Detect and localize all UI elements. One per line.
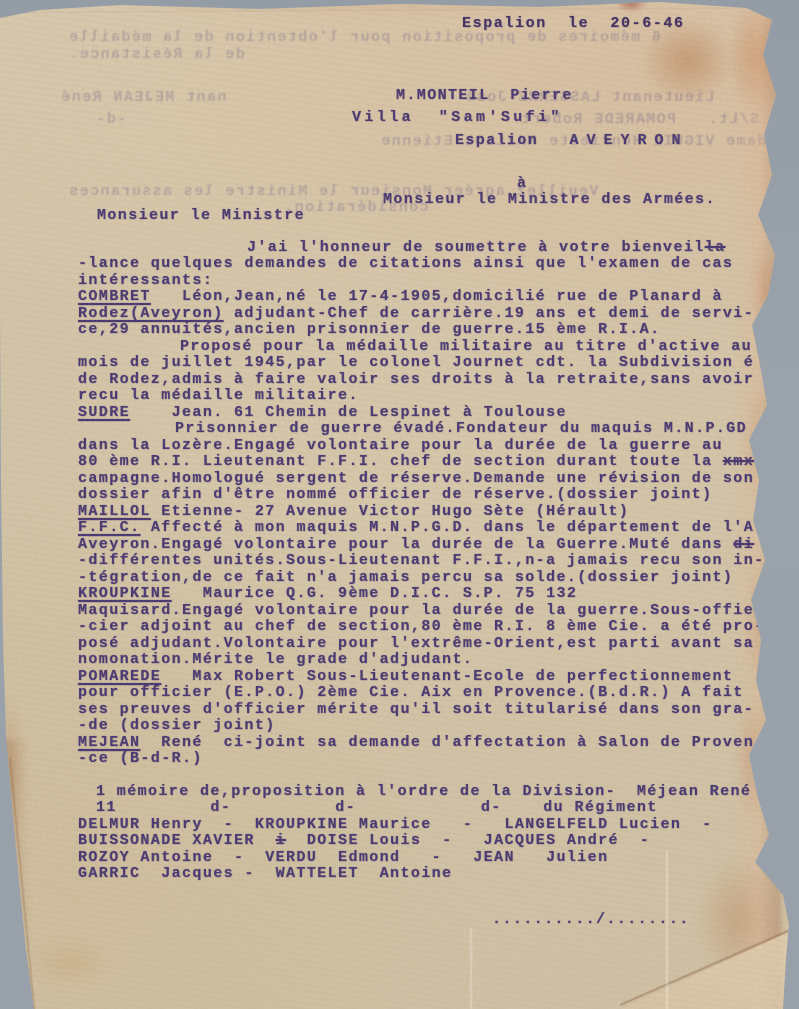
underlined-name: Rodez(Aveyron) [78,305,224,322]
typed-line: nomonation.Mérite le grade d'adjudant. [78,652,473,667]
underlined-name: F.F.C. [78,519,140,536]
typed-line: Villa "Sam'Sufi" [352,110,563,125]
typed-line: -ce (B-d-R.) [78,751,203,766]
typed-line: ses preuves d'officier mérite qu'il soit… [78,702,754,717]
typed-line: 80 ème R.I. Lieutenant F.F.I. chef de se… [78,454,754,469]
typed-text: dans la Lozère.Engagé volontaire pour la… [78,437,723,454]
typed-line: -cier adjoint au chef de section,80 ème … [78,619,765,634]
typed-text: à [517,175,527,192]
typed-text: campagne.Homologué sergent de réserve.De… [78,470,754,487]
typed-line: ........../........ [492,912,690,927]
typed-text: René ci-joint sa demande d'affectation à… [140,734,754,751]
typed-text: -lance quelques demandes de citations ai… [78,255,733,272]
typed-line: MAILLOL Etienne- 27 Avenue Victor Hugo S… [78,504,629,519]
typed-line: F.F.C. Affecté à mon maquis M.N.P.G.D. d… [78,520,754,535]
typed-line: Monsieur le Ministre des Armées. [383,192,716,207]
typed-line: posé adjudant.Volontaire pour l'extrême-… [78,636,754,651]
typed-text: ce,29 annuités,ancien prisonnier de guer… [78,321,660,338]
typed-line: M.MONTEIL Pierre [396,88,573,103]
typed-line: ce,29 annuités,ancien prisonnier de guer… [78,322,660,337]
typed-text: Monsieur le Ministre [97,207,305,224]
typed-text: Maquisard.Engagé volontaire pour la duré… [78,602,754,619]
typed-line: KROUPKINE Maurice Q.G. 9ème D.I.C. S.P. … [78,586,577,601]
crease [0,8,799,15]
typed-text: Max Robert Sous-Lieutenant-Ecole de perf… [161,668,733,685]
stain [0,695,24,845]
typed-text: M.MONTEIL Pierre [396,87,573,104]
typed-text: Maurice Q.G. 9ème D.I.C. S.P. 75 132 [172,585,578,602]
typed-line: Monsieur le Ministre [97,208,305,223]
crease [9,758,36,1009]
underlined-name: POMAREDE [78,668,161,685]
typed-line: de Rodez,admis à faire valoir ses droits… [78,372,754,387]
typed-text: Jean. 61 Chemin de Lespinet à Toulouse [130,404,567,421]
typed-line: Aveyron.Engagé volontaire pour la durée … [78,537,754,552]
typed-text: la [705,239,726,256]
underlined-name: SUDRE [78,404,130,421]
typed-line: pour officier (E.P.O.) 2ème Cie. Aix en … [78,685,744,700]
crease [470,928,472,1009]
typed-line: recu la médaille militaire. [78,388,359,403]
typed-line: COMBRET Léon,Jean,né le 17-4-1905,domici… [78,289,723,304]
typed-text: di [733,536,754,553]
typed-line: -différentes unités.Sous-Lieutenant F.F.… [78,553,765,568]
stain [728,2,788,112]
typed-line: GARRIC Jacques - WATTELET Antoine [78,866,452,881]
typed-text: mois de juillet 1945,par le colonel Jour… [78,354,754,371]
typed-text: ........../........ [492,911,690,928]
typed-text: Affecté à mon maquis M.N.P.G.D. dans le … [140,519,754,536]
typed-text: intéressants: [78,272,213,289]
typed-text: Monsieur le Ministre des Armées. [383,191,716,208]
typed-line: campagne.Homologué sergent de réserve.De… [78,471,754,486]
typed-line: dossier afin d'être nommé officier de ré… [78,487,713,502]
typed-text: AVEYRON [569,132,688,149]
typed-text [538,132,569,149]
typed-line: Proposé pour la médaille militaire au ti… [180,339,752,354]
stain [695,855,785,985]
letter-page: 6 mémoires de proposition pour l'obtenti… [0,0,799,1009]
typed-line: 1 mémoire de,proposition à l'ordre de la… [96,784,751,799]
typed-text: BUISSONADE XAVIER [78,832,276,849]
typed-text: Léon,Jean,né le 17-4-1905,domicilié rue … [151,288,723,305]
bleedthrough-line: -d- [95,112,126,127]
typed-text: Espalion [455,132,538,149]
typed-line: -de (dossier joint) [78,718,276,733]
typed-line: SUDRE Jean. 61 Chemin de Lespinet à Toul… [78,405,567,420]
typed-text: DELMUR Henry - KROUPKINE Maurice - LANGE… [78,816,713,833]
typed-line: DELMUR Henry - KROUPKINE Maurice - LANGE… [78,817,713,832]
typed-text: Villa "Sam'Sufi" [352,109,563,126]
typed-line: 11 d- d- d- du Régiment [96,800,658,815]
torn-edge [733,0,781,1009]
typed-text: ses preuves d'officier mérite qu'il soit… [78,701,754,718]
crease [620,929,791,1006]
crease [666,850,668,1009]
typed-text: J'ai l'honneur de soumettre à votre bien… [247,239,705,256]
typed-text: Aveyron.Engagé volontaire pour la durée … [78,536,733,553]
typed-text: adjudant-Chef de carrière.19 ans et demi… [224,305,754,322]
typed-text: de Rodez,admis à faire valoir ses droits… [78,371,754,388]
bleedthrough-line: 6 mémoires de proposition pour l'obtenti… [68,30,661,45]
stain [751,245,779,340]
typed-line: MEJEAN René ci-joint sa demande d'affect… [78,735,754,750]
underlined-name: COMBRET [78,288,151,305]
stain [66,0,82,7]
typed-line: Rodez(Aveyron) adjudant-Chef de carrière… [78,306,754,321]
stain [30,940,110,986]
typed-text: -de (dossier joint) [78,717,276,734]
typed-line: Prisonnier de guerre évadé.Fondateur du … [175,421,747,436]
typed-line: intéressants: [78,273,213,288]
typed-line: -tégration,de ce fait n'a jamais percu s… [78,570,733,585]
typed-text: xmx [723,453,754,470]
typed-line: J'ai l'honneur de soumettre à votre bien… [247,240,725,255]
typed-text: GARRIC Jacques - WATTELET Antoine [78,865,452,882]
typed-text: recu la médaille militaire. [78,387,359,404]
stain [100,0,620,16]
underlined-name: MAILLOL [78,503,151,520]
typed-text: Proposé pour la médaille militaire au ti… [180,338,752,355]
underlined-name: MEJEAN [78,734,140,751]
underlined-name: KROUPKINE [78,585,172,602]
typed-text: -différentes unités.Sous-Lieutenant F.F.… [78,552,765,569]
typed-text: Prisonnier de guerre évadé.Fondateur du … [175,420,747,437]
typed-text: -ce (B-d-R.) [78,750,203,767]
typed-line: Espalion le 20-6-46 [462,16,685,31]
bleedthrough-line: de la Résistance. [68,47,245,62]
typed-line: -lance quelques demandes de citations ai… [78,256,733,271]
stain [736,700,772,820]
typed-text: 1 mémoire de,proposition à l'ordre de la… [96,783,751,800]
typed-text: ROZOY Antoine - VERDU Edmond - JEAN Juli… [78,849,608,866]
typed-text: -cier adjoint au chef de section,80 ème … [78,618,765,635]
typed-line: Maquisard.Engagé volontaire pour la duré… [78,603,754,618]
typed-text: dossier afin d'être nommé officier de ré… [78,486,713,503]
stain [615,0,647,12]
typed-text: nomonation.Mérite le grade d'adjudant. [78,651,473,668]
typed-line: dans la Lozère.Engagé volontaire pour la… [78,438,723,453]
typed-text: 11 d- d- d- du Régiment [96,799,658,816]
typed-text: 80 ème R.I. Lieutenant F.F.I. chef de se… [78,453,723,470]
typed-text: Etienne- 27 Avenue Victor Hugo Sète (Hér… [151,503,629,520]
typed-line: mois de juillet 1945,par le colonel Jour… [78,355,754,370]
scanner-background: 6 mémoires de proposition pour l'obtenti… [0,0,799,1009]
typed-text: Espalion le 20-6-46 [462,15,685,32]
typed-text: pour officier (E.P.O.) 2ème Cie. Aix en … [78,684,744,701]
typed-line: à [517,176,527,191]
typed-text: DOISE Louis - JACQUES André - [286,832,650,849]
typed-line: POMAREDE Max Robert Sous-Lieutenant-Ecol… [78,669,733,684]
typed-line: ROZOY Antoine - VERDU Edmond - JEAN Juli… [78,850,608,865]
typed-text: posé adjudant.Volontaire pour l'extrême-… [78,635,754,652]
bleedthrough-line: nant MEJEAN René [60,90,226,105]
typed-line: Espalion AVEYRON [455,133,688,148]
typed-text: -tégration,de ce fait n'a jamais percu s… [78,569,733,586]
fold-flap [612,925,792,1009]
typed-line: BUISSONADE XAVIER i DOISE Louis - JACQUE… [78,833,650,848]
typed-text: i [276,832,286,849]
torn-edge [0,740,30,1009]
